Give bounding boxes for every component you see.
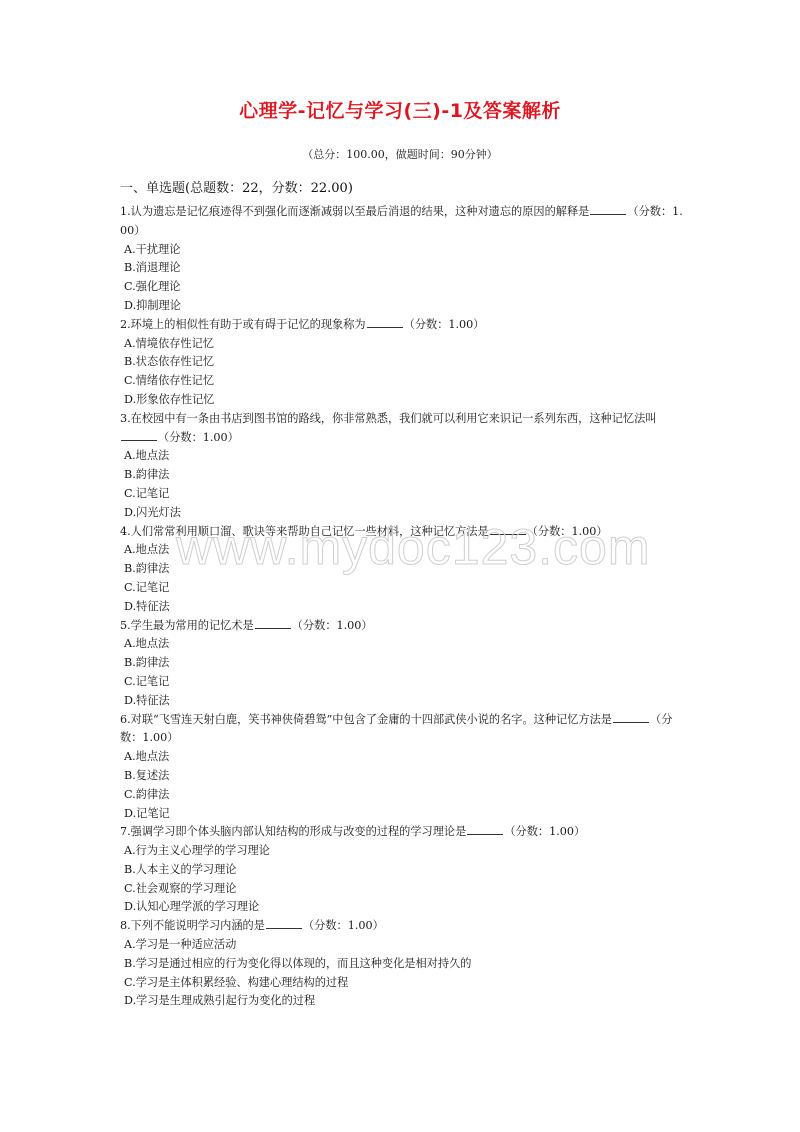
question-8: 8.下列不能说明学习内涵的是（分数：1.00） A.学习是一种适应活动 B.学习… — [120, 917, 685, 1011]
answer-blank — [467, 823, 503, 835]
document-title: 心理学-记忆与学习(三)-1及答案解析 — [0, 96, 800, 123]
option-d: D.形象依存性记忆 — [120, 391, 685, 410]
option-a: A.干扰理论 — [120, 241, 685, 260]
question-score: （分数：1.00） — [303, 919, 384, 932]
question-stem: 6.对联“飞雪连天射白鹿，笑书神侠倚碧鸳”中包含了金庸的十四部武侠小说的名字。这… — [120, 711, 685, 749]
option-b: B.消退理论 — [120, 259, 685, 278]
answer-blank — [613, 711, 649, 723]
option-a: A.地点法 — [120, 635, 685, 654]
question-3: 3.在校园中有一条由书店到图书馆的路线，你非常熟悉，我们就可以利用它来识记一系列… — [120, 410, 685, 523]
question-text: 3.在校园中有一条由书店到图书馆的路线，你非常熟悉，我们就可以利用它来识记一系列… — [120, 412, 657, 425]
option-a: A.学习是一种适应活动 — [120, 936, 685, 955]
option-d: D.闪光灯法 — [120, 504, 685, 523]
option-b: B.复述法 — [120, 767, 685, 786]
answer-blank — [266, 917, 302, 929]
question-score: （分数：1.00） — [292, 619, 373, 632]
question-text: 1.认为遗忘是记忆痕迹得不到强化而逐渐减弱以至最后消退的结果，这种对遗忘的原因的… — [120, 205, 589, 218]
question-1: 1.认为遗忘是记忆痕迹得不到强化而逐渐减弱以至最后消退的结果，这种对遗忘的原因的… — [120, 203, 685, 316]
option-d: D.记笔记 — [120, 805, 685, 824]
option-d: D.特征法 — [120, 692, 685, 711]
answer-blank — [490, 523, 526, 535]
answer-blank — [367, 316, 403, 328]
question-text: 6.对联“飞雪连天射白鹿，笑书神侠倚碧鸳”中包含了金庸的十四部武侠小说的名字。这… — [120, 713, 612, 726]
question-text: 2.环境上的相似性有助于或有碍于记忆的现象称为 — [120, 318, 366, 331]
question-stem: 4.人们常常利用顺口溜、歌诀等来帮助自己记忆一些材料，这种记忆方法是（分数：1.… — [120, 523, 685, 542]
option-a: A.地点法 — [120, 748, 685, 767]
question-2: 2.环境上的相似性有助于或有碍于记忆的现象称为（分数：1.00） A.情境依存性… — [120, 316, 685, 410]
option-c: C.强化理论 — [120, 278, 685, 297]
option-b: B.人本主义的学习理论 — [120, 861, 685, 880]
option-b: B.状态依存性记忆 — [120, 353, 685, 372]
section-heading: 一、单选题(总题数：22，分数：22.00) — [120, 177, 353, 196]
question-7: 7.强调学习即个体头脑内部认知结构的形成与改变的过程的学习理论是（分数：1.00… — [120, 823, 685, 917]
option-c: C.记笔记 — [120, 673, 685, 692]
exam-info: （总分：100.00，做题时间：90分钟） — [0, 146, 800, 162]
option-c: C.情绪依存性记忆 — [120, 372, 685, 391]
question-text: 7.强调学习即个体头脑内部认知结构的形成与改变的过程的学习理论是 — [120, 825, 466, 838]
question-stem: 5.学生最为常用的记忆术是（分数：1.00） — [120, 617, 685, 636]
option-c: C.社会观察的学习理论 — [120, 880, 685, 899]
option-b: B.韵律法 — [120, 466, 685, 485]
answer-blank — [121, 429, 157, 441]
option-b: B.韵律法 — [120, 560, 685, 579]
question-text: 5.学生最为常用的记忆术是 — [120, 619, 254, 632]
answer-blank — [255, 617, 291, 629]
option-a: A.情境依存性记忆 — [120, 335, 685, 354]
question-score: （分数：1.00） — [404, 318, 485, 331]
question-stem: 3.在校园中有一条由书店到图书馆的路线，你非常熟悉，我们就可以利用它来识记一系列… — [120, 410, 685, 448]
answer-blank — [590, 203, 626, 215]
option-c: C.学习是主体积累经验、构建心理结构的过程 — [120, 974, 685, 993]
question-stem: 2.环境上的相似性有助于或有碍于记忆的现象称为（分数：1.00） — [120, 316, 685, 335]
question-text: 8.下列不能说明学习内涵的是 — [120, 919, 265, 932]
option-c: C.记笔记 — [120, 579, 685, 598]
option-d: D.学习是生理成熟引起行为变化的过程 — [120, 992, 685, 1011]
question-list: 1.认为遗忘是记忆痕迹得不到强化而逐渐减弱以至最后消退的结果，这种对遗忘的原因的… — [120, 203, 685, 1011]
option-b: B.学习是通过相应的行为变化得以体现的，而且这种变化是相对持久的 — [120, 955, 685, 974]
question-score: （分数：1.00） — [158, 431, 239, 444]
question-stem: 8.下列不能说明学习内涵的是（分数：1.00） — [120, 917, 685, 936]
question-score: （分数：1.00） — [504, 825, 585, 838]
option-a: A.地点法 — [120, 541, 685, 560]
option-c: C.韵律法 — [120, 786, 685, 805]
question-stem: 1.认为遗忘是记忆痕迹得不到强化而逐渐减弱以至最后消退的结果，这种对遗忘的原因的… — [120, 203, 685, 241]
option-d: D.抑制理论 — [120, 297, 685, 316]
option-a: A.地点法 — [120, 447, 685, 466]
question-6: 6.对联“飞雪连天射白鹿，笑书神侠倚碧鸳”中包含了金庸的十四部武侠小说的名字。这… — [120, 711, 685, 824]
question-stem: 7.强调学习即个体头脑内部认知结构的形成与改变的过程的学习理论是（分数：1.00… — [120, 823, 685, 842]
option-d: D.特征法 — [120, 598, 685, 617]
question-4: 4.人们常常利用顺口溜、歌诀等来帮助自己记忆一些材料，这种记忆方法是（分数：1.… — [120, 523, 685, 617]
option-b: B.韵律法 — [120, 654, 685, 673]
option-c: C.记笔记 — [120, 485, 685, 504]
question-5: 5.学生最为常用的记忆术是（分数：1.00） A.地点法 B.韵律法 C.记笔记… — [120, 617, 685, 711]
option-a: A.行为主义心理学的学习理论 — [120, 842, 685, 861]
document-page: 心理学-记忆与学习(三)-1及答案解析 （总分：100.00，做题时间：90分钟… — [0, 0, 800, 1132]
question-score: （分数：1.00） — [527, 525, 608, 538]
question-text: 4.人们常常利用顺口溜、歌诀等来帮助自己记忆一些材料，这种记忆方法是 — [120, 525, 489, 538]
option-d: D.认知心理学派的学习理论 — [120, 898, 685, 917]
